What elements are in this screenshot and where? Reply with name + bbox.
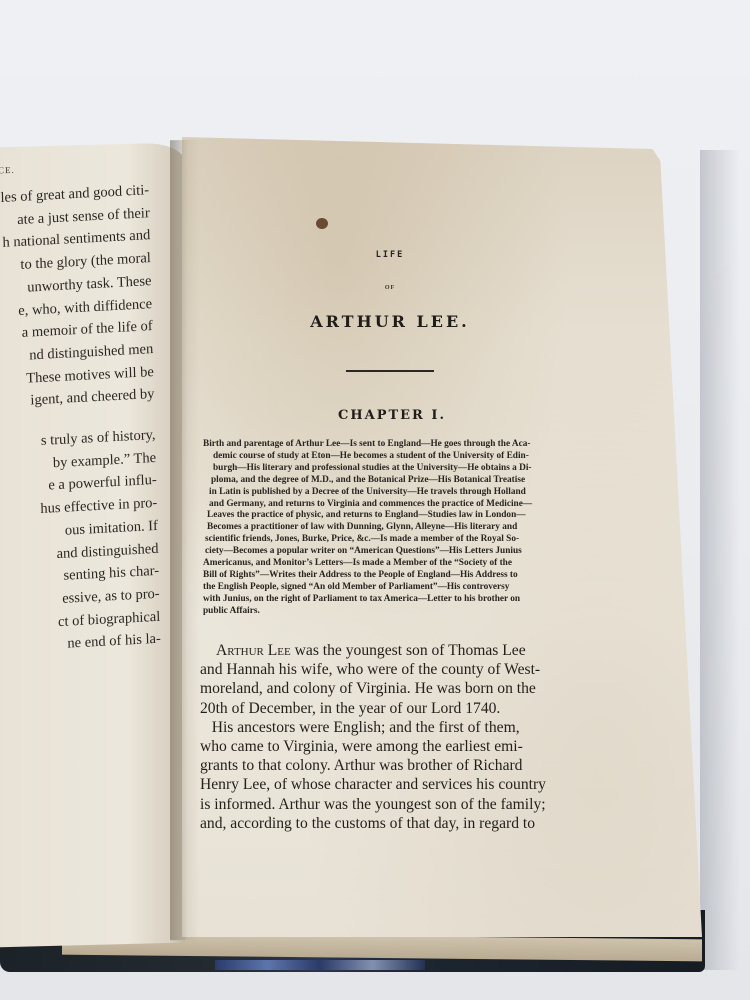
- lead-smallcaps: Arthur Lee: [216, 642, 291, 659]
- synopsis-line: the English People, signed “An old Membe…: [203, 582, 578, 594]
- synopsis-line: demic course of study at Eton—He becomes…: [203, 451, 578, 463]
- synopsis-line: Leaves the practice of physic, and retur…: [203, 510, 578, 522]
- synopsis-line: Becomes a practitioner of law with Dunni…: [203, 522, 578, 534]
- left-page-text: les of great and good citi- ate a just s…: [0, 179, 161, 660]
- body-line: His ancestors were English; and the firs…: [200, 718, 585, 737]
- synopsis-line: Bill of Rights”—Writes their Address to …: [203, 570, 578, 582]
- synopsis-line: ploma, and the degree of M.D., and the B…: [203, 475, 578, 487]
- gutter-shadow: [170, 140, 200, 941]
- book-photo-scene: CE. les of great and good citi- ate a ju…: [0, 0, 750, 1000]
- body-line: and, according to the customs of that da…: [200, 814, 585, 833]
- synopsis-line: in Latin is published by a Decree of the…: [203, 487, 578, 499]
- body-line: who came to Virginia, were among the ear…: [200, 737, 585, 756]
- body-line: is informed. Arthur was the youngest son…: [200, 795, 585, 814]
- synopsis-line: Americanus, and Monitor’s Letters—Is mad…: [203, 558, 578, 570]
- book-title: ARTHUR LEE.: [290, 312, 490, 331]
- synopsis-line: Birth and parentage of Arthur Lee—Is sen…: [203, 439, 578, 451]
- body-line: Henry Lee, of whose character and servic…: [200, 775, 585, 794]
- synopsis-line: ciety—Becomes a popular writer on “Ameri…: [203, 546, 578, 558]
- paper-stain: [316, 218, 328, 229]
- body-line: grants to that colony. Arthur was brothe…: [200, 756, 585, 775]
- cover-shadow: [700, 150, 740, 970]
- body-line: Arthur Lee was the youngest son of Thoma…: [200, 641, 585, 660]
- chapter-synopsis: Birth and parentage of Arthur Lee—Is sen…: [203, 439, 578, 618]
- body-line: moreland, and colony of Virginia. He was…: [200, 679, 585, 698]
- left-running-head: CE.: [0, 165, 15, 175]
- synopsis-line: and Germany, and returns to Virginia and…: [203, 499, 578, 511]
- chapter-body-text: Arthur Lee was the youngest son of Thoma…: [200, 641, 585, 833]
- title-life: LIFE: [360, 250, 420, 260]
- synopsis-line: public Affairs.: [203, 606, 578, 618]
- synopsis-line: with Junius, on the right of Parliament …: [203, 594, 578, 606]
- title-of: OF: [365, 285, 415, 291]
- title-rule-divider: [346, 370, 434, 372]
- marbled-cover-edge: [215, 960, 425, 970]
- synopsis-line: scientific friends, Jones, Burke, Price,…: [203, 534, 578, 546]
- chapter-heading: CHAPTER I.: [322, 408, 462, 423]
- body-line: and Hannah his wife, who were of the cou…: [200, 660, 585, 679]
- left-page: CE. les of great and good citi- ate a ju…: [0, 142, 185, 947]
- body-line: 20th of December, in the year of our Lor…: [200, 699, 585, 718]
- synopsis-line: burgh—His literary and professional stud…: [203, 463, 578, 475]
